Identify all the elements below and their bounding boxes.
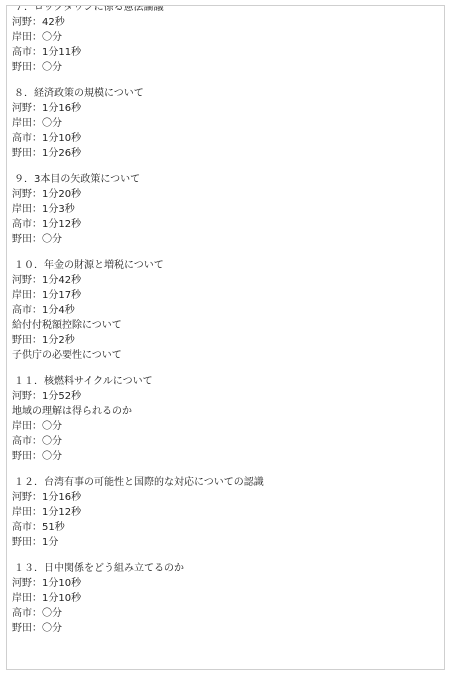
speaker-time: 岸田：〇分 (12, 30, 440, 45)
speaker-time: 高市：〇分 (12, 434, 440, 449)
speaker-time: 高市：〇分 (12, 606, 440, 621)
speaker-time: 野田：1分2秒 (12, 333, 440, 348)
document-content: ７．ロックダウンに係る憲法論議河野：42秒岸田：〇分高市：1分11秒野田：〇分８… (12, 5, 440, 647)
topic-heading: ７．ロックダウンに係る憲法論議 (12, 5, 440, 15)
speaker-time: 野田：〇分 (12, 621, 440, 636)
topic-section: ７．ロックダウンに係る憲法論議河野：42秒岸田：〇分高市：1分11秒野田：〇分 (12, 5, 440, 75)
speaker-time: 河野：1分16秒 (12, 490, 440, 505)
topic-section: １３．日中関係をどう組み立てるのか河野：1分10秒岸田：1分10秒高市：〇分野田… (12, 561, 440, 636)
speaker-time: 高市：1分4秒 (12, 303, 440, 318)
topic-heading: ８．経済政策の規模について (12, 86, 440, 101)
speaker-time: 岸田：1分10秒 (12, 591, 440, 606)
speaker-time: 野田：〇分 (12, 232, 440, 247)
speaker-time: 河野：1分52秒 (12, 389, 440, 404)
document-frame: ７．ロックダウンに係る憲法論議河野：42秒岸田：〇分高市：1分11秒野田：〇分８… (6, 5, 445, 670)
topic-section: １０．年金の財源と増税について河野：1分42秒岸田：1分17秒高市：1分4秒給付… (12, 258, 440, 363)
speaker-time: 野田：1分26秒 (12, 146, 440, 161)
speaker-time: 河野：1分10秒 (12, 576, 440, 591)
speaker-time: 高市：1分11秒 (12, 45, 440, 60)
topic-heading: １１．核燃料サイクルについて (12, 374, 440, 389)
topic-heading: １２．台湾有事の可能性と国際的な対応についての認識 (12, 475, 440, 490)
speaker-time: 野田：〇分 (12, 60, 440, 75)
topic-section: ９．3本目の矢政策について河野：1分20秒岸田：1分3秒高市：1分12秒野田：〇… (12, 172, 440, 247)
speaker-time: 野田：1分 (12, 535, 440, 550)
speaker-time: 岸田：1分12秒 (12, 505, 440, 520)
speaker-time: 岸田：1分17秒 (12, 288, 440, 303)
topic-heading: １０．年金の財源と増税について (12, 258, 440, 273)
speaker-time: 河野：1分16秒 (12, 101, 440, 116)
speaker-time: 野田：〇分 (12, 449, 440, 464)
topic-section: １１．核燃料サイクルについて河野：1分52秒地域の理解は得られるのか岸田：〇分高… (12, 374, 440, 464)
speaker-time: 河野：1分42秒 (12, 273, 440, 288)
speaker-time: 岸田：〇分 (12, 419, 440, 434)
speaker-time: 高市：51秒 (12, 520, 440, 535)
speaker-time: 岸田：〇分 (12, 116, 440, 131)
speaker-time: 河野：42秒 (12, 15, 440, 30)
topic-section: ８．経済政策の規模について河野：1分16秒岸田：〇分高市：1分10秒野田：1分2… (12, 86, 440, 161)
topic-heading: １３．日中関係をどう組み立てるのか (12, 561, 440, 576)
topic-heading: ９．3本目の矢政策について (12, 172, 440, 187)
speaker-time: 河野：1分20秒 (12, 187, 440, 202)
topic-note: 給付付税額控除について (12, 318, 440, 333)
speaker-time: 高市：1分10秒 (12, 131, 440, 146)
topic-section: １２．台湾有事の可能性と国際的な対応についての認識河野：1分16秒岸田：1分12… (12, 475, 440, 550)
topic-note: 子供庁の必要性について (12, 348, 440, 363)
speaker-time: 高市：1分12秒 (12, 217, 440, 232)
topic-note: 地域の理解は得られるのか (12, 404, 440, 419)
speaker-time: 岸田：1分3秒 (12, 202, 440, 217)
